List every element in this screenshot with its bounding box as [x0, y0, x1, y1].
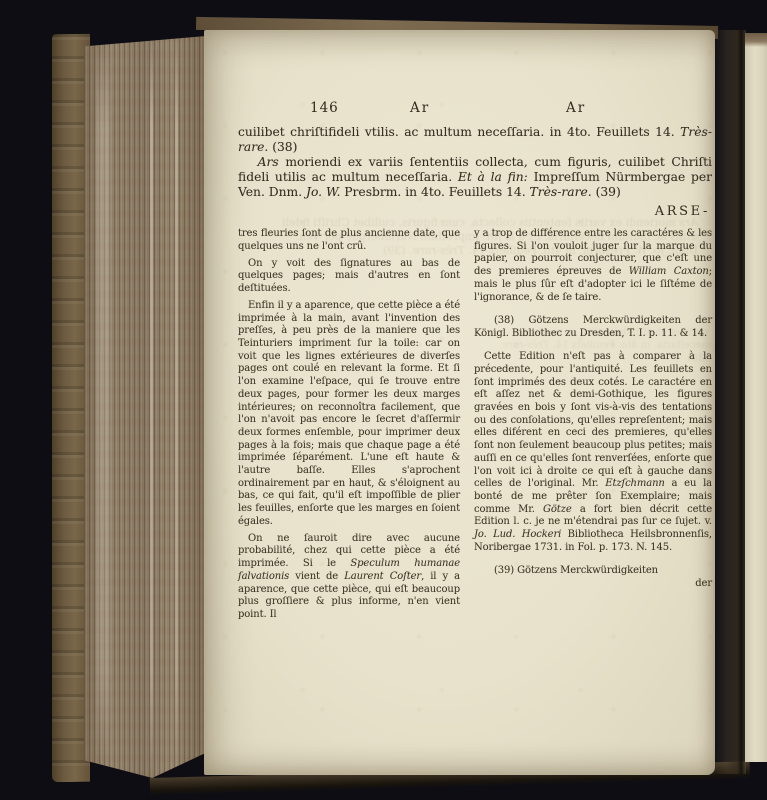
entry-ars-moriendi: Ars moriendi ex variis ſententiis collec…: [238, 155, 712, 200]
paragraph: (38) Götzens Merckwürdigkeiten der König…: [474, 315, 712, 340]
catchword: der: [474, 578, 712, 591]
running-head: 146 Ar Ar: [238, 100, 712, 118]
paragraph: Enfin il y a aparence, que cette pièce a…: [238, 300, 460, 529]
footnote-columns: tres fleuries ſont de plus ancienne date…: [238, 228, 712, 622]
paragraph: (39) Götzens Merckwürdigkeiten: [474, 565, 712, 578]
paragraph: On y voit des ſignatures au bas de quelq…: [238, 258, 460, 296]
page-edge-highlight: [175, 36, 178, 778]
paragraph: tres fleuries ſont de plus ancienne date…: [238, 228, 460, 253]
paragraph: y a trop de différence entre les caracté…: [474, 228, 712, 304]
page-content: Ars moriendi ex variis ſententiis collec…: [238, 30, 712, 622]
running-head-left: Ar: [410, 100, 430, 116]
page-number: 146: [310, 100, 339, 116]
page-edge-highlight: [150, 36, 153, 778]
gutter-shadow: [712, 30, 746, 774]
book-page: Ars moriendi ex variis ſententiis collec…: [204, 30, 715, 775]
left-column: tres fleuries ſont de plus ancienne date…: [238, 228, 460, 622]
right-column: y a trop de différence entre les caracté…: [474, 228, 712, 622]
book-page-edges: [84, 36, 206, 778]
bibliographic-entries: cuilibet chriſtifideli vtilis. ac multum…: [238, 125, 712, 200]
page-edge-highlight: [96, 36, 110, 778]
next-page-edge: [745, 33, 767, 762]
paragraph: Cette Edition n'eſt pas à comparer à la …: [474, 351, 712, 554]
entry-continuation: cuilibet chriſtifideli vtilis. ac multum…: [238, 125, 712, 155]
running-head-right: Ar: [566, 100, 586, 116]
paragraph: On ne ſauroit dire avec aucune probabili…: [238, 533, 460, 622]
scanned-book-photo: Ars moriendi ex variis ſententiis collec…: [0, 0, 767, 800]
catchword-arse: ARSE-: [238, 204, 710, 219]
next-page-top-edge: [745, 33, 767, 47]
